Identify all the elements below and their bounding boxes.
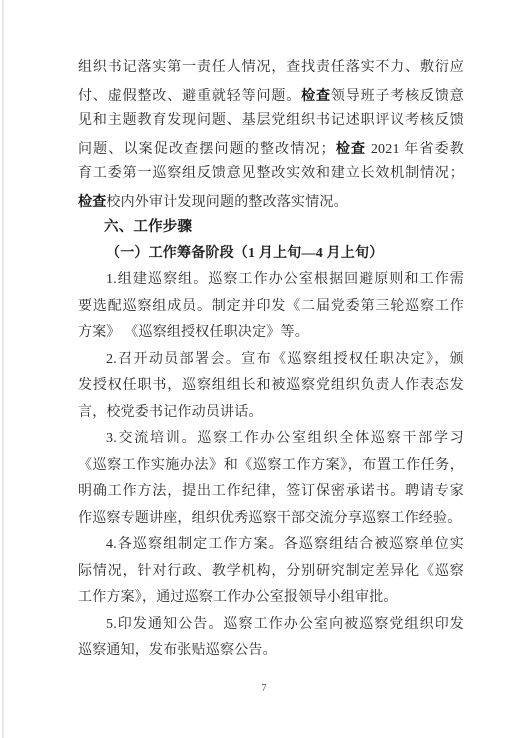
text-segment: 2021 年省委教 bbox=[366, 142, 464, 157]
text-line: 问题、以案促改查摆问题的整改情况；检查 2021 年省委教 bbox=[78, 135, 464, 162]
text-segment: 工作方案》，通过巡察工作办公室报领导小组审批。 bbox=[78, 590, 398, 605]
text-segment: 问题、以案促改查摆问题的整改情况； bbox=[78, 142, 335, 157]
text-segment: 3.交流培训。巡察工作办公室组织全体巡察干部学习 bbox=[106, 431, 464, 446]
text-line: 要选配巡察组成员。制定并印发《二届党委第三轮巡察工作 bbox=[78, 294, 464, 321]
text-line: 检查校内外审计发现问题的整改落实情况。 bbox=[78, 188, 464, 215]
text-line: 巡察通知，发布张贴巡察公告。 bbox=[78, 638, 464, 665]
subsection-heading: （一）工作筹备阶段（1 月上旬—4 月上旬） bbox=[78, 241, 464, 268]
text-line: 作巡察专题讲座，组织优秀巡察干部交流分享巡察工作经验。 bbox=[78, 506, 464, 533]
text-segment: 际情况，针对行政、教学机构，分别研究制定差异化《巡察 bbox=[78, 564, 464, 579]
text-line: 《巡察工作实施办法》和《巡察工作方案》，布置工作任务， bbox=[78, 453, 464, 480]
text-line: 言，校党委书记作动员讲话。 bbox=[78, 400, 464, 427]
text-line: 方案》 《巡察组授权任职决定》等。 bbox=[78, 320, 464, 347]
text-line: 付、虚假整改、避重就轻等问题。检查领导班子考核反馈意 bbox=[78, 82, 464, 109]
text-line: 见和主题教育发现问题、基层党组织书记述职评议考核反馈 bbox=[78, 108, 464, 135]
text-segment: 育工委第一巡察组反馈意见整改实效和建立长效机制情况； bbox=[78, 166, 464, 181]
text-line: 4.各巡察组制定工作方案。各巡察组结合被巡察单位实 bbox=[78, 532, 464, 559]
text-line: 育工委第一巡察组反馈意见整改实效和建立长效机制情况； bbox=[78, 161, 464, 188]
text-segment: 言，校党委书记作动员讲话。 bbox=[78, 405, 263, 420]
text-block: 组织书记落实第一责任人情况，查找责任落实不力、敷衍应付、虚假整改、避重就轻等问题… bbox=[78, 55, 464, 665]
text-segment: 见和主题教育发现问题、基层党组织书记述职评议考核反馈 bbox=[78, 113, 464, 128]
text-segment: 方案》 《巡察组授权任职决定》等。 bbox=[78, 325, 309, 340]
text-segment: 领导班子考核反馈意 bbox=[331, 89, 464, 104]
text-line: 5.印发通知公告。巡察工作办公室向被巡察党组织印发 bbox=[78, 612, 464, 639]
text-line: 3.交流培训。巡察工作办公室组织全体巡察干部学习 bbox=[78, 426, 464, 453]
text-segment: （一）工作筹备阶段（1 月上旬—4 月上旬） bbox=[106, 246, 383, 261]
text-line: 际情况，针对行政、教学机构，分别研究制定差异化《巡察 bbox=[78, 559, 464, 586]
text-segment: 要选配巡察组成员。制定并印发《二届党委第三轮巡察工作 bbox=[78, 299, 464, 314]
text-segment: 巡察通知，发布张贴巡察公告。 bbox=[78, 643, 277, 658]
text-line: 2.召开动员部署会。宣布《巡察组授权任职决定》，颁 bbox=[78, 347, 464, 374]
text-segment: 六、工作步骤 bbox=[104, 219, 192, 235]
emphasis-text: 检查 bbox=[301, 87, 331, 103]
text-line: 明确工作方法，提出工作纪律，签订保密承诺书。聘请专家 bbox=[78, 479, 464, 506]
text-segment: 作巡察专题讲座，组织优秀巡察干部交流分享巡察工作经验。 bbox=[78, 511, 461, 526]
text-line: 工作方案》，通过巡察工作办公室报领导小组审批。 bbox=[78, 585, 464, 612]
text-segment: 明确工作方法，提出工作纪律，签订保密承诺书。聘请专家 bbox=[78, 484, 464, 499]
text-segment: 5.印发通知公告。巡察工作办公室向被巡察党组织印发 bbox=[106, 617, 464, 632]
emphasis-text: 检查 bbox=[78, 193, 106, 209]
text-line: 组织书记落实第一责任人情况，查找责任落实不力、敷衍应 bbox=[78, 55, 464, 82]
document-page: 组织书记落实第一责任人情况，查找责任落实不力、敷衍应付、虚假整改、避重就轻等问题… bbox=[0, 0, 528, 738]
section-heading: 六、工作步骤 bbox=[78, 214, 464, 241]
text-line: 1.组建巡察组。巡察工作办公室根据回避原则和工作需 bbox=[78, 267, 464, 294]
text-segment: 发授权任职书，巡察组组长和被巡察党组织负责人作表态发 bbox=[78, 378, 464, 393]
text-segment: 1.组建巡察组。巡察工作办公室根据回避原则和工作需 bbox=[106, 272, 464, 287]
text-segment: 2.召开动员部署会。宣布《巡察组授权任职决定》，颁 bbox=[106, 352, 464, 367]
page-number: 7 bbox=[0, 683, 528, 694]
scan-edge-line bbox=[2, 0, 4, 738]
text-line: 发授权任职书，巡察组组长和被巡察党组织负责人作表态发 bbox=[78, 373, 464, 400]
text-segment: 《巡察工作实施办法》和《巡察工作方案》，布置工作任务， bbox=[78, 458, 464, 473]
text-segment: 4.各巡察组制定工作方案。各巡察组结合被巡察单位实 bbox=[106, 537, 464, 552]
emphasis-text: 检查 bbox=[335, 140, 366, 156]
text-segment: 校内外审计发现问题的整改落实情况。 bbox=[106, 195, 347, 210]
text-segment: 付、虚假整改、避重就轻等问题。 bbox=[78, 89, 301, 104]
text-segment: 组织书记落实第一责任人情况，查找责任落实不力、敷衍应 bbox=[78, 60, 464, 75]
